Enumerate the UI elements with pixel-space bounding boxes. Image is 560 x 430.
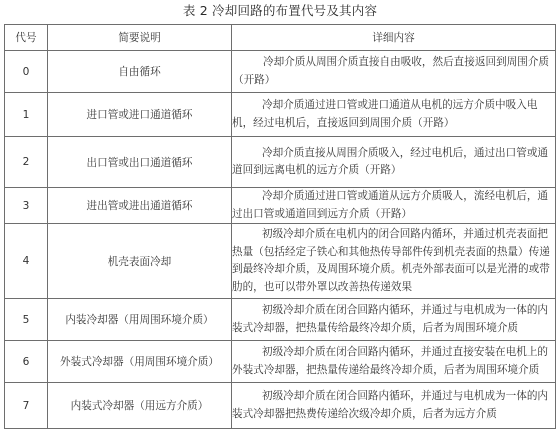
cell-detail: 初级冷却介质在闭合回路内循环，并通过直接安装在电机上的外装式冷却器，把热量传递给… (232, 341, 556, 383)
cell-detail: 初级冷却介质在电机内的闭合回路内循环，并通过机壳表面把热量（包括经定子铁心和其他… (232, 224, 556, 299)
table-header-row: 代号 简要说明 详细内容 (5, 25, 556, 51)
cell-code: 2 (5, 137, 48, 188)
cell-code: 5 (5, 299, 48, 341)
cell-detail-text: 冷却介质直接从周围介质吸入，经过电机后，通过出口管或通道回到远离电机的远方介质（… (232, 147, 548, 177)
header-detail: 详细内容 (232, 25, 556, 51)
table-caption: 表 2 冷却回路的布置代号及其内容 (0, 3, 560, 19)
cell-brief: 自由循环 (48, 51, 232, 93)
cell-code: 6 (5, 341, 48, 383)
cell-brief: 机壳表面冷却 (48, 224, 232, 299)
cooling-circuit-table: 代号 简要说明 详细内容 0 自由循环 冷却介质从周围介质直接自由吸收，然后直接… (4, 24, 556, 429)
cell-detail: 初级冷却介质在闭合回路内循环，并通过与电机成为一体的内装式冷却器，把热量传给最终… (232, 299, 556, 341)
cell-code: 1 (5, 93, 48, 137)
table-row: 0 自由循环 冷却介质从周围介质直接自由吸收，然后直接返回到周围介质（开路） (5, 51, 556, 93)
table-row: 7 内装式冷却器（用远方介质） 初级冷却介质在闭合回路内循环，并通过与电机成为一… (5, 383, 556, 429)
table-row: 2 出口管或出口通道循环 冷却介质直接从周围介质吸入，经过电机后，通过出口管或通… (5, 137, 556, 188)
cell-detail-text: 初级冷却介质在闭合回路内循环，并通过直接安装在电机上的外装式冷却器，把热量传递给… (232, 346, 548, 376)
cell-brief: 进口管或进口通道循环 (48, 93, 232, 137)
header-code: 代号 (5, 25, 48, 51)
cell-detail: 冷却介质直接从周围介质吸入，经过电机后，通过出口管或通道回到远离电机的远方介质（… (232, 137, 556, 188)
cell-detail: 冷却介质从周围介质直接自由吸收，然后直接返回到周围介质（开路） (232, 51, 556, 93)
cell-detail-text: 初级冷却介质在电机内的闭合回路内循环，并通过机壳表面把热量（包括经定子铁心和其他… (232, 228, 550, 293)
cell-detail: 冷却介质通过进口管或通道从远方介质吸人，流经电机后，通过出口管或通道回到远方介质… (232, 188, 556, 224)
cell-detail-text: 初级冷却介质在闭合回路内循环，并通过与电机成为一体的内装式冷却器把热费传递给次级… (232, 390, 548, 420)
cell-detail-text: 初级冷却介质在闭合回路内循环，并通过与电机成为一体的内装式冷却器，把热量传给最终… (232, 304, 548, 334)
cell-code: 7 (5, 383, 48, 429)
cell-brief: 进出管或进出通道循环 (48, 188, 232, 224)
table-row: 6 外装式冷却器（用周围环境介质） 初级冷却介质在闭合回路内循环，并通过直接安装… (5, 341, 556, 383)
cell-code: 4 (5, 224, 48, 299)
cell-brief: 内装式冷却器（用远方介质） (48, 383, 232, 429)
cell-code: 3 (5, 188, 48, 224)
cell-detail-text: 冷却介质从周围介质直接自由吸收，然后直接返回到周围介质（开路） (233, 56, 549, 86)
table-row: 5 内装冷却器（用周围环境介质） 初级冷却介质在闭合回路内循环，并通过与电机成为… (5, 299, 556, 341)
cell-detail-text: 冷却介质通过进口管或通道从远方介质吸人，流经电机后，通过出口管或通道回到远方介质… (232, 190, 548, 220)
table-row: 3 进出管或进出通道循环 冷却介质通过进口管或通道从远方介质吸人，流经电机后，通… (5, 188, 556, 224)
cell-brief: 内装冷却器（用周围环境介质） (48, 299, 232, 341)
cell-detail: 初级冷却介质在闭合回路内循环，并通过与电机成为一体的内装式冷却器把热费传递给次级… (232, 383, 556, 429)
cell-code: 0 (5, 51, 48, 93)
table-row: 4 机壳表面冷却 初级冷却介质在电机内的闭合回路内循环，并通过机壳表面把热量（包… (5, 224, 556, 299)
cell-detail: 冷却介质通过进口管或进口通道从电机的远方介质中吸入电机，经过电机后，直接返回到周… (232, 93, 556, 137)
cell-brief: 出口管或出口通道循环 (48, 137, 232, 188)
table-row: 1 进口管或进口通道循环 冷却介质通过进口管或进口通道从电机的远方介质中吸入电机… (5, 93, 556, 137)
header-brief: 简要说明 (48, 25, 232, 51)
cell-brief: 外装式冷却器（用周围环境介质） (48, 341, 232, 383)
cell-detail-text: 冷却介质通过进口管或进口通道从电机的远方介质中吸入电机，经过电机后，直接返回到周… (232, 99, 537, 129)
